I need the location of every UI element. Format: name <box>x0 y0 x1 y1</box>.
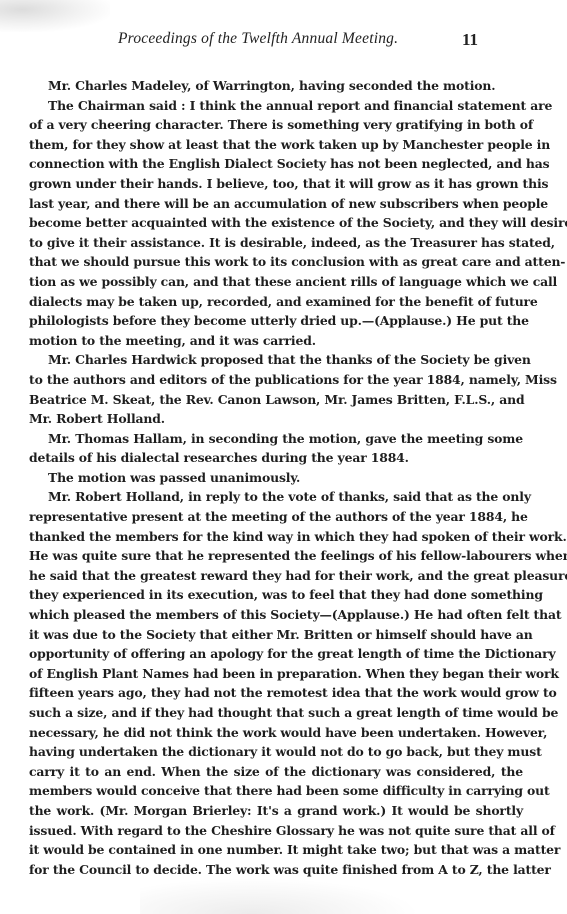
text-line: fifteen years ago, they had not the remo… <box>29 683 523 703</box>
page-header: Proceedings of the Twelfth Annual Meetin… <box>0 30 567 54</box>
text-line: Mr. Robert Holland, in reply to the vote… <box>29 487 523 507</box>
text-line: opportunity of offering an apology for t… <box>29 644 523 664</box>
text-line: connection with the English Dialect Soci… <box>29 154 523 174</box>
text-line: for the Council to decide. The work was … <box>29 860 523 880</box>
scan-smudge-top <box>0 0 110 32</box>
text-line: representative present at the meeting of… <box>29 507 523 527</box>
text-line: Mr. Thomas Hallam, in seconding the moti… <box>29 429 523 449</box>
text-line: last year, and there will be an accumula… <box>29 194 523 214</box>
text-line: Beatrice M. Skeat, the Rev. Canon Lawson… <box>29 390 523 410</box>
text-line: that we should pursue this work to its c… <box>29 252 523 272</box>
text-line: such a size, and if they had thought tha… <box>29 703 523 723</box>
text-line: he said that the greatest reward they ha… <box>29 566 523 586</box>
text-line: philologists before they become utterly … <box>29 311 523 331</box>
text-line: The motion was passed unanimously. <box>29 468 523 488</box>
text-line: they experienced in its execution, was t… <box>29 585 523 605</box>
text-line: which pleased the members of this Societ… <box>29 605 523 625</box>
text-line: Mr. Charles Madeley, of Warrington, havi… <box>29 76 523 96</box>
text-line: to the authors and editors of the public… <box>29 370 523 390</box>
text-line: He was quite sure that he represented th… <box>29 546 523 566</box>
text-line: members would conceive that there had be… <box>29 781 523 801</box>
text-line: become better acquainted with the existe… <box>29 213 523 233</box>
text-line: dialects may be taken up, recorded, and … <box>29 292 523 312</box>
text-line: thanked the members for the kind way in … <box>29 527 523 547</box>
text-line: grown under their hands. I believe, too,… <box>29 174 523 194</box>
text-line: The Chairman said : I think the annual r… <box>29 96 523 116</box>
page-number: 11 <box>462 30 478 50</box>
running-title: Proceedings of the Twelfth Annual Meetin… <box>118 30 398 48</box>
text-line: them, for they show at least that the wo… <box>29 135 523 155</box>
text-line: to give it their assistance. It is desir… <box>29 233 523 253</box>
text-line: necessary, he did not think the work wou… <box>29 723 523 743</box>
text-line: it was due to the Society that either Mr… <box>29 625 523 645</box>
text-line: Mr. Robert Holland. <box>29 409 523 429</box>
text-line: of English Plant Names had been in prepa… <box>29 664 523 684</box>
text-line: having undertaken the dictionary it woul… <box>29 742 523 762</box>
scan-smudge-bottom <box>140 878 420 914</box>
text-line: it would be contained in one number. It … <box>29 840 523 860</box>
text-line: Mr. Charles Hardwick proposed that the t… <box>29 350 523 370</box>
text-line: motion to the meeting, and it was carrie… <box>29 331 523 351</box>
text-line: of a very cheering character. There is s… <box>29 115 523 135</box>
text-line: details of his dialectal researches duri… <box>29 448 523 468</box>
text-line: carry it to an end. When the size of the… <box>29 762 523 782</box>
text-line: the work. (Mr. Morgan Brierley: It's a g… <box>29 801 523 821</box>
text-line: tion as we possibly can, and that these … <box>29 272 523 292</box>
text-line: issued. With regard to the Cheshire Glos… <box>29 821 523 841</box>
body-text: Mr. Charles Madeley, of Warrington, havi… <box>29 76 523 879</box>
